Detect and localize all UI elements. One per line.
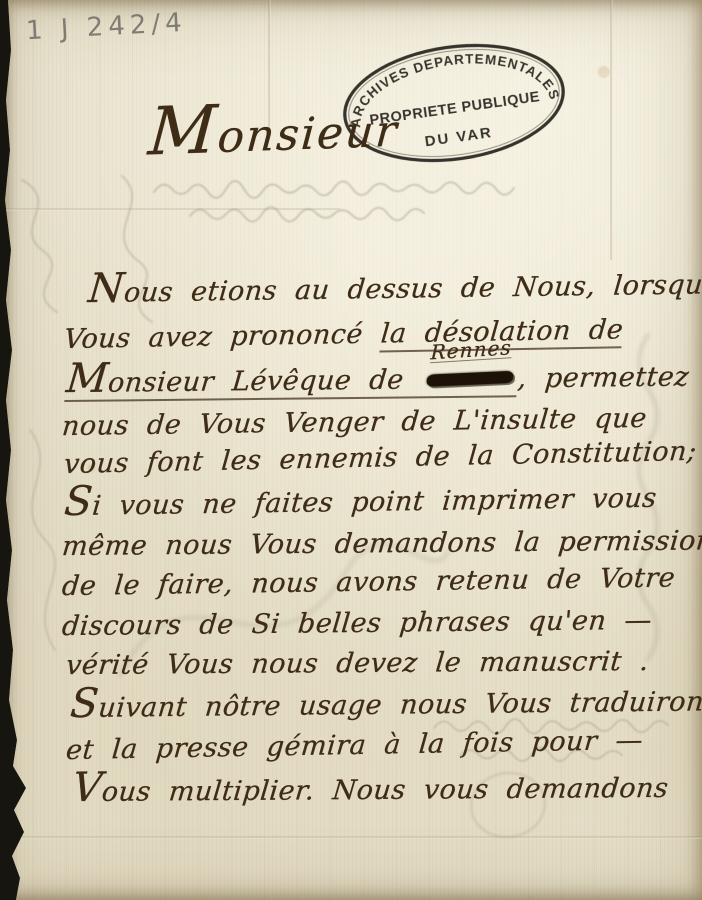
manuscript-line: nous de Vous Venger de L'insulte que [61,406,648,440]
scan-background: 1 J 242/4 ARCHIVES DEPARTEMENTALES PROPR… [0,0,702,900]
manuscript-line: discours de Si belles phrases qu'en — [61,608,653,640]
correction: Rennes [420,366,518,393]
paper-crease [0,836,702,839]
line-text: , permettez [516,361,690,394]
manuscript-line: Vous multiplier. Nous vous demandons [71,776,670,806]
manuscript-line: même nous Vous demandons la permission [61,528,702,559]
struck-out-word [426,371,513,387]
line-text: Vous avez prononcé [63,318,383,355]
paper-crease [0,208,340,211]
paper-crease [610,0,613,260]
archive-shelfmark: 1 J 242/4 [25,8,187,46]
letter-paper: 1 J 242/4 ARCHIVES DEPARTEMENTALES PROPR… [0,0,702,900]
manuscript-line: de le faire, nous avons retenu de Votre [61,565,676,599]
underlined-phrase: Monsieur Lévêque de [65,364,424,399]
bleed-through-ghost [150,176,560,228]
manuscript-line: vous font les ennemis de la Constitution… [63,439,698,478]
manuscript-line: vérité Vous nous devez le manuscrit . [65,649,650,679]
manuscript-line: Suivant nôtre usage nous Vous traduirons [69,689,702,721]
manuscript-line: et la presse gémira à la fois pour — [65,728,644,764]
manuscript-line: Monsieur Lévêque de Rennes, permettez [65,364,690,396]
manuscript-line: Nous etions au dessus de Nous, lorsque [87,272,702,306]
interlinear-insertion: Rennes [430,338,512,363]
manuscript-line: Si vous ne faites point imprimer vous [63,486,658,520]
stamp-text-bottom: DU VAR [424,124,494,150]
salutation: Monsieur [147,112,400,160]
manuscript-line: Vous avez prononcé la désolation de [63,317,624,352]
